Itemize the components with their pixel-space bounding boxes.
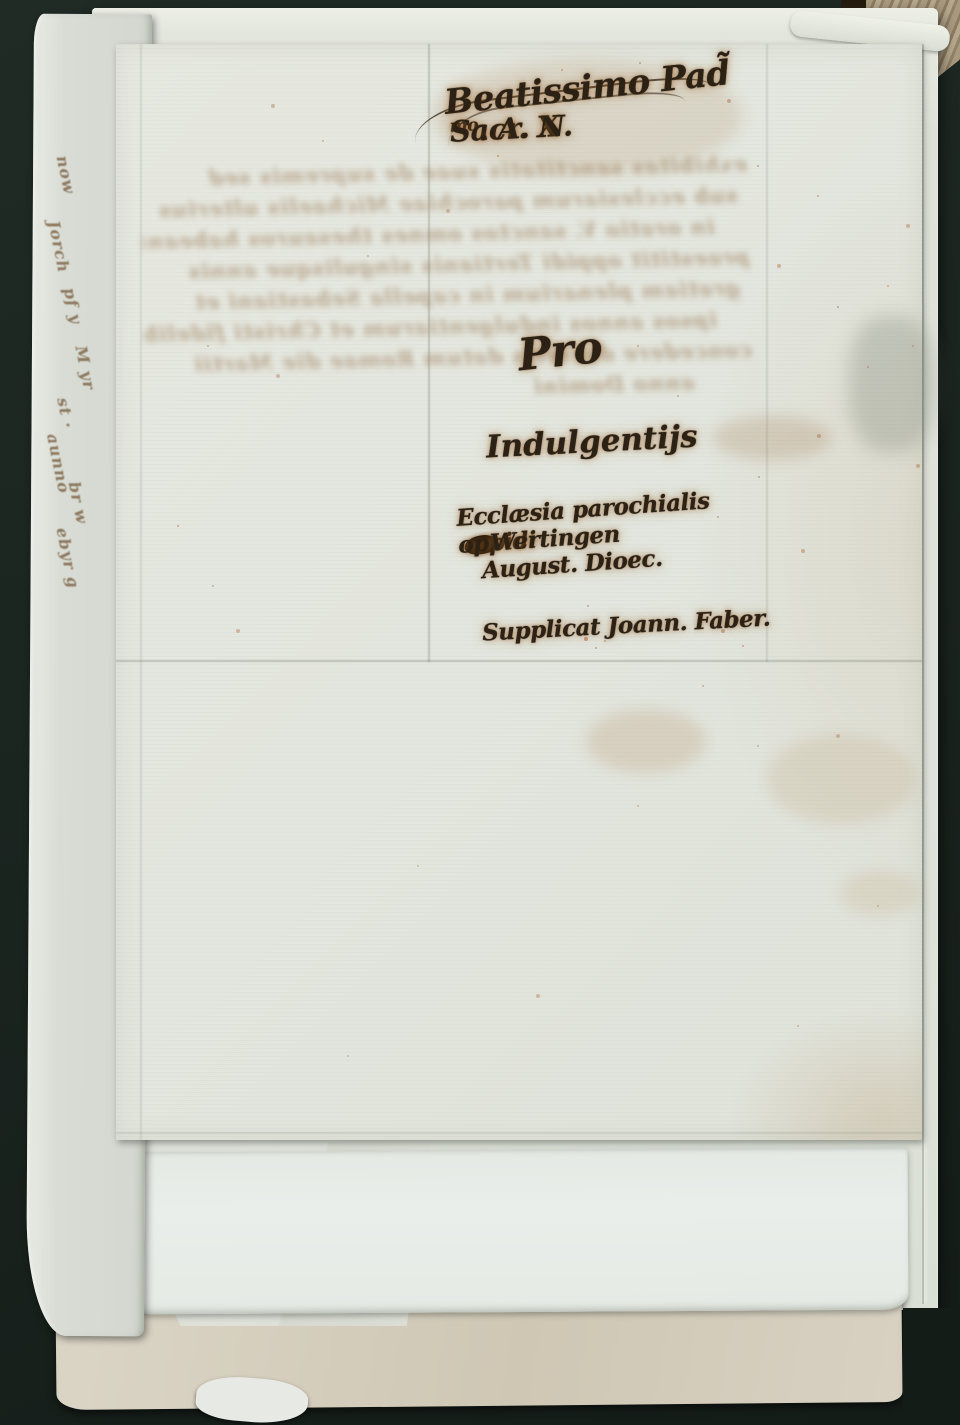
petition-subject: Indulgentijs	[485, 418, 698, 465]
margin-fragment: now	[53, 154, 79, 196]
foxing-spots	[116, 44, 118, 46]
margin-fragment: ebyr g	[52, 526, 83, 590]
paper-stain	[712, 416, 832, 460]
paper-strip-bright	[138, 1148, 909, 1315]
letter-sheet: exhibitas sanctitatis suae de supremis s…	[116, 44, 922, 1140]
petition-recipient-block: Ecclæsia parochialis oppidiWertingen Aug…	[455, 487, 714, 585]
supplicant-line: Supplicat Joann. Faber.	[481, 604, 770, 646]
margin-fragment: st ·	[53, 396, 78, 431]
background-notch	[903, 1308, 960, 1425]
fold-crease	[766, 44, 768, 662]
paper-stain	[586, 709, 706, 773]
fold-crease	[116, 660, 922, 662]
margin-fragment: M yr	[71, 344, 99, 392]
manuscript-scan: now Jorch pf y M yr st · aunno br w ebyr…	[0, 0, 960, 1425]
paper-stain	[766, 734, 916, 824]
fold-crease	[116, 1132, 922, 1134]
paper-stain	[840, 870, 920, 916]
heading-address-line2: Sacr. Xmo. A. N.	[449, 113, 479, 148]
gray-smudge	[849, 316, 935, 452]
margin-fragment: br w	[65, 480, 92, 526]
heading-text: . A. N.	[477, 108, 573, 147]
margin-fragment: pf y	[60, 286, 86, 326]
ink-showthrough-block: exhibitas sanctitatis suae de supremis s…	[141, 148, 753, 420]
petition-pro-label: Pro	[516, 322, 605, 382]
margin-fragment: Jorch	[44, 219, 73, 275]
